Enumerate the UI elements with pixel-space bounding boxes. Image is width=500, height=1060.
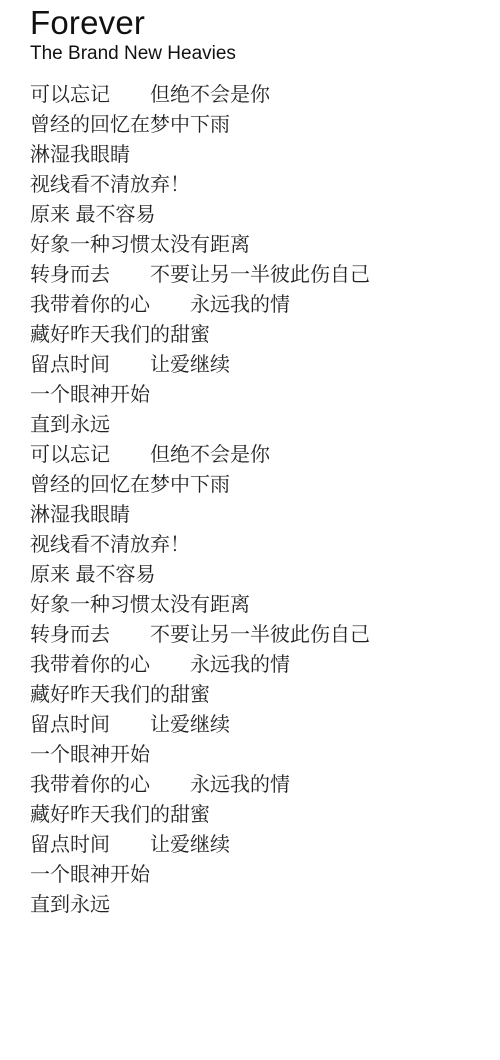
lyric-line: 藏好昨天我们的甜蜜 bbox=[30, 800, 480, 830]
lyric-line: 转身而去 不要让另一半彼此伤自己 bbox=[30, 620, 480, 650]
lyric-line: 视线看不清放弃！ bbox=[30, 530, 480, 560]
lyric-line: 直到永远 bbox=[30, 890, 480, 920]
lyric-line: 我带着你的心 永远我的情 bbox=[30, 650, 480, 680]
lyric-line: 留点时间 让爱继续 bbox=[30, 830, 480, 860]
lyric-line: 转身而去 不要让另一半彼此伤自己 bbox=[30, 260, 480, 290]
lyric-line: 一个眼神开始 bbox=[30, 740, 480, 770]
artist-name: The Brand New Heavies bbox=[30, 42, 480, 66]
lyric-line: 直到永远 bbox=[30, 410, 480, 440]
lyric-line: 一个眼神开始 bbox=[30, 860, 480, 890]
lyric-line: 原来 最不容易 bbox=[30, 560, 480, 590]
lyric-line: 留点时间 让爱继续 bbox=[30, 350, 480, 380]
lyrics-body: 可以忘记 但绝不会是你曾经的回忆在梦中下雨淋湿我眼睛视线看不清放弃！原来 最不容… bbox=[30, 80, 480, 920]
lyric-line: 我带着你的心 永远我的情 bbox=[30, 290, 480, 320]
lyric-line: 藏好昨天我们的甜蜜 bbox=[30, 320, 480, 350]
lyric-line: 视线看不清放弃！ bbox=[30, 170, 480, 200]
lyric-line: 原来 最不容易 bbox=[30, 200, 480, 230]
lyric-line: 可以忘记 但绝不会是你 bbox=[30, 80, 480, 110]
lyric-line: 淋湿我眼睛 bbox=[30, 140, 480, 170]
lyric-line: 曾经的回忆在梦中下雨 bbox=[30, 470, 480, 500]
lyric-line: 我带着你的心 永远我的情 bbox=[30, 770, 480, 800]
lyric-line: 留点时间 让爱继续 bbox=[30, 710, 480, 740]
lyric-line: 藏好昨天我们的甜蜜 bbox=[30, 680, 480, 710]
lyric-line: 好象一种习惯太没有距离 bbox=[30, 230, 480, 260]
lyrics-page: Forever The Brand New Heavies 可以忘记 但绝不会是… bbox=[0, 0, 500, 1060]
lyric-line: 可以忘记 但绝不会是你 bbox=[30, 440, 480, 470]
lyric-line: 曾经的回忆在梦中下雨 bbox=[30, 110, 480, 140]
song-title: Forever bbox=[30, 4, 480, 42]
lyric-line: 一个眼神开始 bbox=[30, 380, 480, 410]
lyric-line: 淋湿我眼睛 bbox=[30, 500, 480, 530]
lyric-line: 好象一种习惯太没有距离 bbox=[30, 590, 480, 620]
